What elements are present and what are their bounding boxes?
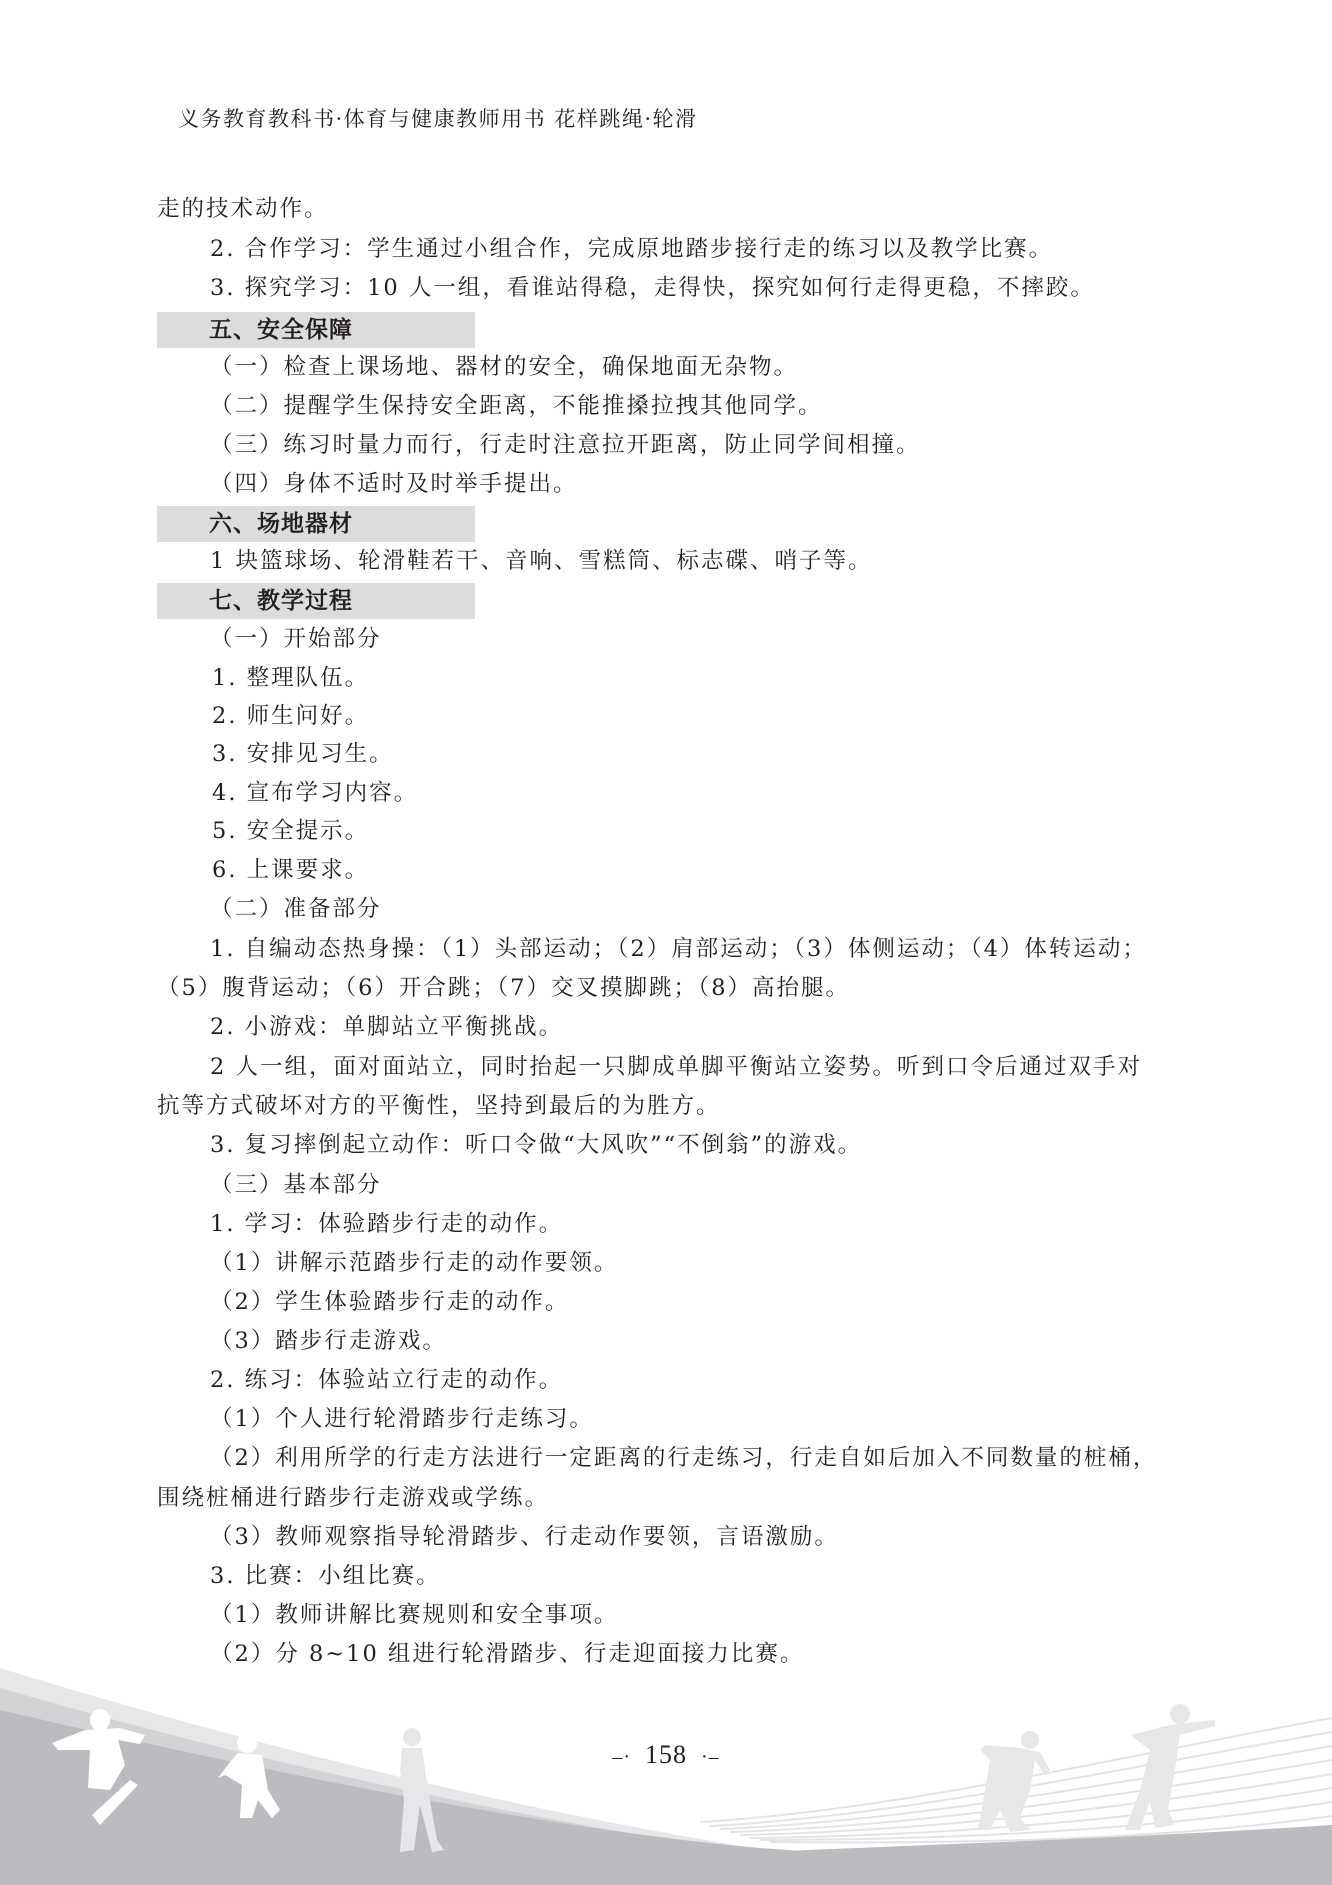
- body-line: 4. 宣布学习内容。: [212, 778, 418, 808]
- body-line: （1）讲解示范踏步行走的动作要领。: [210, 1248, 618, 1278]
- body-line: 2. 师生问好。: [212, 701, 369, 731]
- body-line: （二）准备部分: [210, 894, 382, 924]
- body-line: 围绕桩桶进行踏步行走游戏或学练。: [157, 1483, 549, 1513]
- intro-line: 走的技术动作。: [157, 194, 329, 224]
- body-line: 5. 安全提示。: [212, 816, 369, 846]
- body-line: 1. 整理队伍。: [212, 663, 369, 693]
- body-line: 3. 复习摔倒起立动作：听口令做“大风吹”“不倒翁”的游戏。: [210, 1130, 862, 1160]
- body-line: （一）检查上课场地、器材的安全，确保地面无杂物。: [210, 352, 798, 382]
- body-line: （二）提醒学生保持安全距离，不能推搡拉拽其他同学。: [210, 391, 823, 421]
- section-heading-text: 六、场地器材: [209, 508, 353, 540]
- body-line: 抗等方式破坏对方的平衡性，坚持到最后的为胜方。: [157, 1091, 721, 1121]
- section-heading-text: 五、安全保障: [209, 314, 353, 346]
- page-number-value: 158: [645, 1740, 687, 1769]
- page-number-dash-left: –·: [612, 1746, 631, 1768]
- body-line: （3）教师观察指导轮滑踏步、行走动作要领，言语激励。: [210, 1522, 839, 1552]
- section-heading-equipment: 六、场地器材: [157, 506, 475, 542]
- body-line: 1. 学习：体验踏步行走的动作。: [210, 1209, 563, 1239]
- body-line: （1）个人进行轮滑踏步行走练习。: [210, 1404, 594, 1434]
- body-line: 1. 自编动态热身操：（1）头部运动；（2）肩部运动；（3）体侧运动；（4）体转…: [210, 934, 1147, 964]
- intro-line: 2. 合作学习：学生通过小组合作，完成原地踏步接行走的练习以及教学比赛。: [210, 234, 1053, 264]
- section-heading-text: 七、教学过程: [209, 585, 353, 617]
- running-head: 义务教育教科书·体育与健康教师用书 花样跳绳·轮滑: [178, 103, 698, 133]
- body-line: （3）踏步行走游戏。: [210, 1326, 447, 1356]
- body-line: 2. 小游戏：单脚站立平衡挑战。: [210, 1012, 563, 1042]
- page-number-dash-right: ·–: [701, 1746, 720, 1768]
- body-line: （1）教师讲解比赛规则和安全事项。: [210, 1600, 618, 1630]
- body-line: （2）学生体验踏步行走的动作。: [210, 1287, 569, 1317]
- body-line: 6. 上课要求。: [212, 855, 369, 885]
- body-line: （2）利用所学的行走方法进行一定距离的行走练习，行走自如后加入不同数量的桩桶，: [210, 1443, 1157, 1473]
- body-line: （三）基本部分: [210, 1170, 382, 1200]
- body-line: （一）开始部分: [210, 624, 382, 654]
- body-line: 3. 比赛：小组比赛。: [210, 1561, 441, 1591]
- body-line: （三）练习时量力而行，行走时注意拉开距离，防止同学间相撞。: [210, 430, 921, 460]
- body-line: 2 人一组，面对面站立，同时抬起一只脚成单脚平衡站立姿势。听到口令后通过双手对: [210, 1052, 1142, 1082]
- intro-line: 3. 探究学习：10 人一组，看谁站得稳，走得快，探究如何行走得更稳，不摔跤。: [210, 273, 1095, 303]
- body-line: 1 块篮球场、轮滑鞋若干、音响、雪糕筒、标志碟、哨子等。: [210, 546, 872, 576]
- body-line: 2. 练习：体验站立行走的动作。: [210, 1365, 563, 1395]
- section-heading-teaching-process: 七、教学过程: [157, 583, 475, 619]
- body-line: （5）腹背运动；（6）开合跳；（7）交叉摸脚跳；（8）高抬腿。: [157, 973, 850, 1003]
- body-line: （四）身体不适时及时举手提出。: [210, 469, 578, 499]
- body-line: 3. 安排见习生。: [212, 739, 394, 769]
- section-heading-safety: 五、安全保障: [157, 312, 475, 348]
- page-number: –·158·–: [0, 1740, 1332, 1770]
